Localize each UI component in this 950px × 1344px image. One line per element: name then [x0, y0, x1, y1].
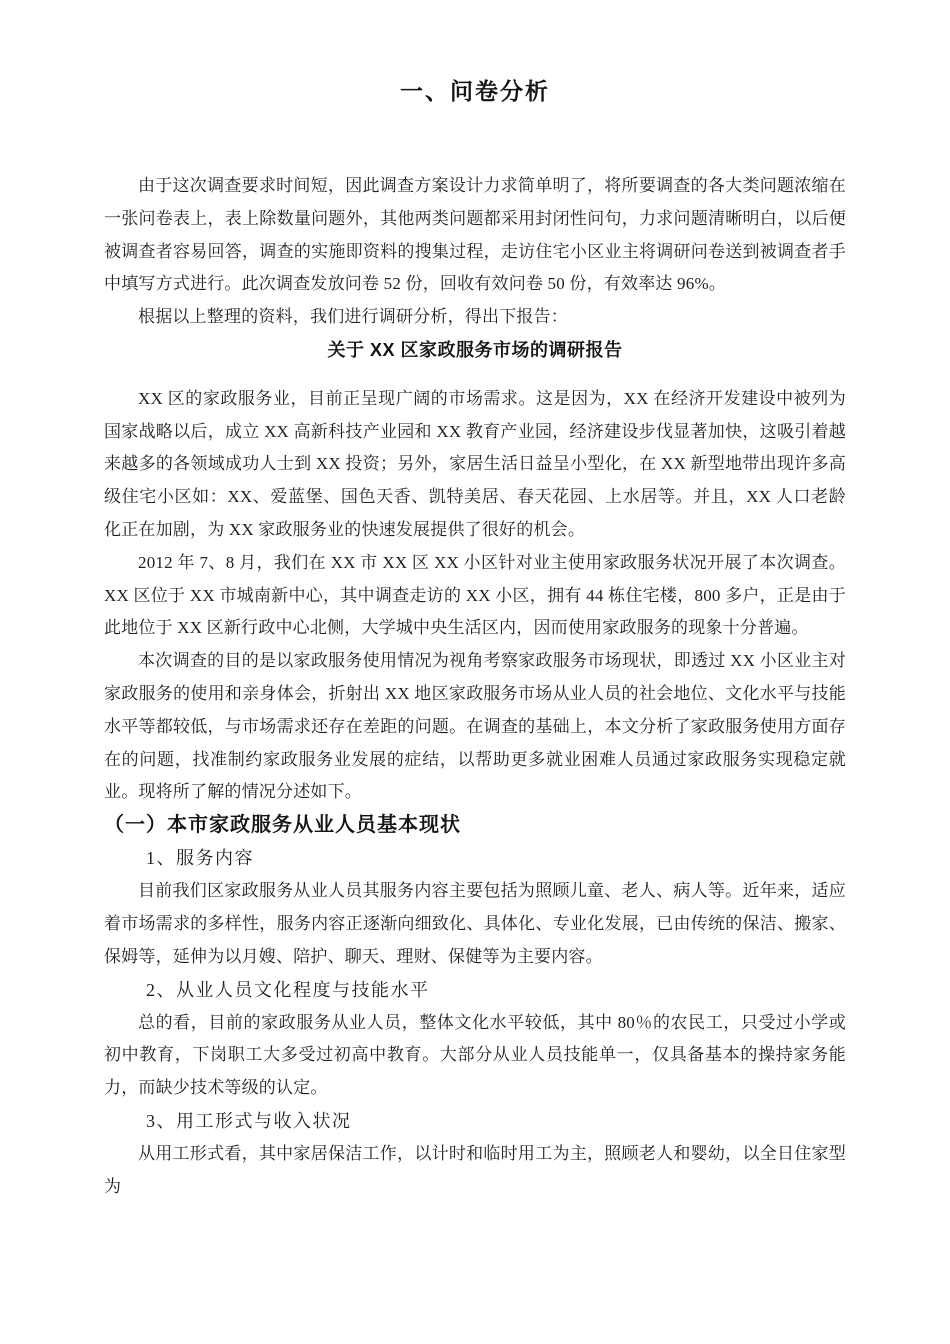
- paragraph-service-content: 目前我们区家政服务从业人员其服务内容主要包括为照顾儿童、老人、病人等。近年来，适…: [104, 875, 846, 973]
- sub-heading-employment-income: 3、用工形式与收入状况: [104, 1105, 846, 1138]
- report-subtitle: 关于 XX 区家政服务市场的调研报告: [104, 334, 846, 367]
- paragraph-survey-purpose: 本次调查的目的是以家政服务使用情况为视角考察家政服务市场现状，即透过 XX 小区…: [104, 645, 846, 809]
- paragraph-survey-design: 由于这次调查要求时间短，因此调查方案设计力求简单明了，将所要调查的各大类问题浓缩…: [104, 170, 846, 301]
- doc-title: 一、问卷分析: [104, 70, 846, 112]
- section-heading-basic-status: （一）本市家政服务从业人员基本现状: [104, 809, 846, 842]
- sub-heading-education-skill: 2、从业人员文化程度与技能水平: [104, 974, 846, 1007]
- sub-heading-service-content: 1、服务内容: [104, 842, 846, 875]
- paragraph-survey-scope: 2012 年 7、8 月，我们在 XX 市 XX 区 XX 小区针对业主使用家政…: [104, 547, 846, 645]
- paragraph-education-skill: 总的看，目前的家政服务从业人员，整体文化水平较低，其中 80％的农民工，只受过小…: [104, 1007, 846, 1105]
- paragraph-analysis-intro: 根据以上整理的资料，我们进行调研分析，得出下报告：: [104, 301, 846, 334]
- paragraph-market-demand: XX 区的家政服务业，目前正呈现广阔的市场需求。这是因为，XX 在经济开发建设中…: [104, 383, 846, 547]
- paragraph-employment-form: 从用工形式看，其中家居保洁工作，以计时和临时用工为主，照顾老人和婴幼，以全日住家…: [104, 1138, 846, 1204]
- document-page: 一、问卷分析 由于这次调查要求时间短，因此调查方案设计力求简单明了，将所要调查的…: [0, 0, 950, 1344]
